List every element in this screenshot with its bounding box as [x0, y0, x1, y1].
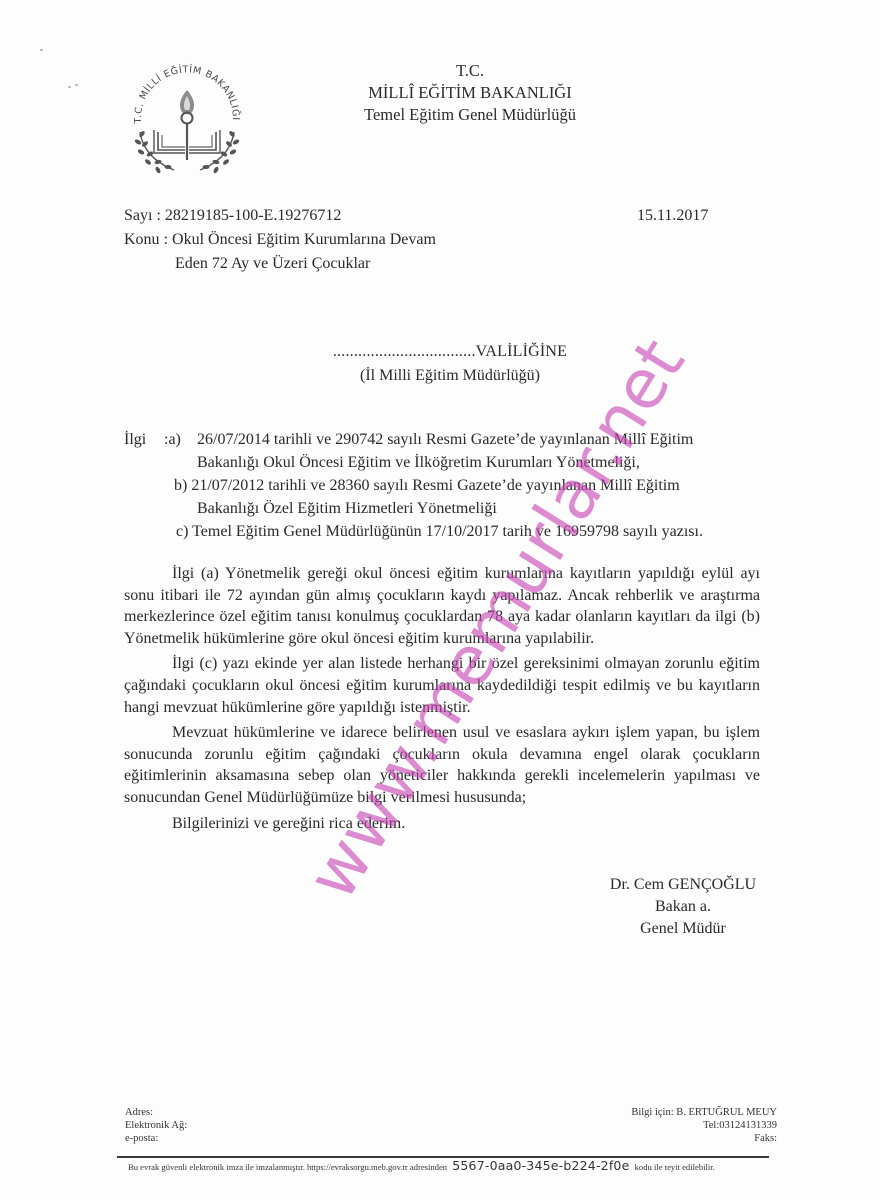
reference-b-line1: b) 21/07/2012 tarihli ve 28360 sayılı Re… [124, 474, 764, 497]
footer-contact: Adres: Elektronik Ağ: e-posta: [125, 1106, 187, 1145]
document-page: T.C. MİLLİ EĞİTİM BAKANLIĞI [0, 0, 880, 1200]
sayi-label: Sayı [124, 207, 152, 224]
reference-a-line2: Bakanlığı Okul Öncesi Eğitim ve İlköğret… [124, 451, 764, 474]
scan-speck [40, 49, 43, 51]
header-directorate: Temel Eğitim Genel Müdürlüğü [300, 104, 640, 126]
konu-label: Konu [124, 231, 160, 248]
letter-body: İlgi (a) Yönetmelik gereği okul öncesi e… [124, 563, 760, 838]
scan-speck [68, 86, 71, 88]
footer-address-label: Adres: [125, 1106, 187, 1119]
header-country: T.C. [300, 60, 640, 82]
konu-value-continued: Eden 72 Ay ve Üzeri Çocuklar [124, 252, 436, 276]
signatory-title-1: Bakan a. [588, 896, 778, 918]
header-ministry: MİLLÎ EĞİTİM BAKANLIĞI [300, 82, 640, 104]
body-closing: Bilgilerinizi ve gereğini rica ederim. [124, 813, 760, 835]
footer-info-contact: Bilgi için: B. ERTUĞRUL MEUY [560, 1106, 777, 1119]
footer-fax: Faks: [560, 1132, 777, 1145]
signature-block: Dr. Cem GENÇOĞLU Bakan a. Genel Müdür [588, 874, 778, 940]
addressee-governorship: ..................................VALİLİ… [300, 340, 600, 364]
scan-speck [75, 84, 78, 86]
addressee: ..................................VALİLİ… [300, 340, 600, 388]
verify-code: 5567-0aa0-345e-b224-2f0e [452, 1158, 629, 1173]
footer-divider [117, 1156, 769, 1158]
letterhead: T.C. MİLLÎ EĞİTİM BAKANLIĞI Temel Eğitim… [300, 60, 640, 126]
konu-value: : Okul Öncesi Eğitim Kurumlarına Devam [164, 231, 436, 248]
signatory-name: Dr. Cem GENÇOĞLU [588, 874, 778, 896]
body-paragraph-1: İlgi (a) Yönetmelik gereği okul öncesi e… [124, 563, 760, 649]
signatory-title-2: Genel Müdür [588, 918, 778, 940]
verify-suffix: kodu ile teyit edilebilir. [635, 1162, 715, 1172]
reference-a-line1: 26/07/2014 tarihli ve 290742 sayılı Resm… [124, 431, 693, 448]
references-label: İlgi [124, 428, 146, 451]
reference-a-marker: :a) [164, 428, 181, 451]
ministry-logo: T.C. MİLLİ EĞİTİM BAKANLIĞI [128, 62, 246, 178]
addressee-directorate: (İl Milli Eğitim Müdürlüğü) [300, 364, 600, 388]
footer-email-label: e-posta: [125, 1132, 187, 1145]
reference-b-line2: Bakanlığı Özel Eğitim Hizmetleri Yönetme… [124, 497, 764, 520]
footer-phone: Tel:03124131339 [560, 1119, 777, 1132]
konu-row: Konu : Okul Öncesi Eğitim Kurumlarına De… [124, 228, 436, 252]
document-meta: Sayı : 28219185-100-E.19276712 Konu : Ok… [124, 204, 436, 276]
body-paragraph-2: İlgi (c) yazı ekinde yer alan listede he… [124, 653, 760, 718]
footer-network-label: Elektronik Ağ: [125, 1119, 187, 1132]
document-date: 15.11.2017 [637, 204, 708, 228]
ministry-emblem-icon: T.C. MİLLİ EĞİTİM BAKANLIĞI [128, 62, 246, 178]
footer-info: Bilgi için: B. ERTUĞRUL MEUY Tel:0312413… [560, 1106, 777, 1145]
reference-a: İlgi :a) 26/07/2014 tarihli ve 290742 sa… [124, 428, 764, 451]
body-paragraph-3: Mevzuat hükümlerine ve idarece belirlene… [124, 722, 760, 808]
references: İlgi :a) 26/07/2014 tarihli ve 290742 sa… [124, 428, 764, 543]
sayi-value: : 28219185-100-E.19276712 [156, 207, 341, 224]
verify-prefix: Bu evrak güvenli elektronik imza ile imz… [128, 1162, 447, 1172]
e-signature-verification: Bu evrak güvenli elektronik imza ile imz… [128, 1159, 788, 1174]
sayi-row: Sayı : 28219185-100-E.19276712 [124, 204, 436, 228]
reference-c-line1: c) Temel Eğitim Genel Müdürlüğünün 17/10… [124, 520, 764, 543]
